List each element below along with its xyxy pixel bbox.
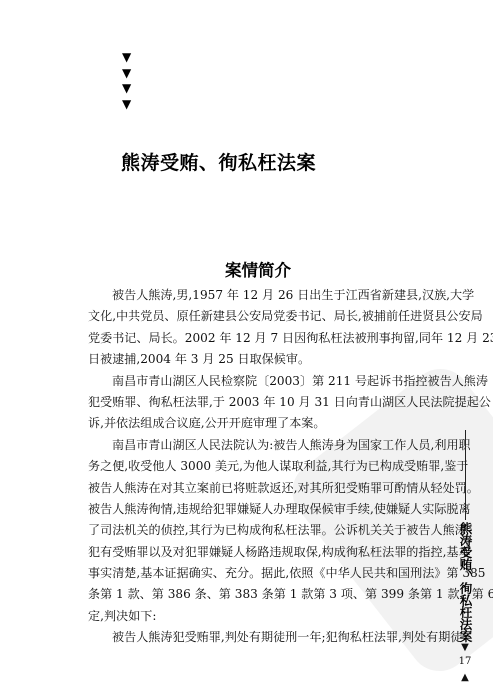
text-line: 了司法机关的侦控,其行为已构成徇私枉法罪。公诉机关关于被告人熊涛: [88, 520, 433, 541]
text-line: 文化,中共党员、原任新建县公安局党委书记、局长,被捕前任进贤县公安局: [88, 306, 433, 327]
running-head-rule: [465, 430, 466, 520]
triangle-down-icon: ▼: [122, 81, 131, 97]
text-line: 定,判决如下:: [88, 606, 433, 627]
triangle-down-icon: ▼: [122, 50, 131, 66]
running-head-title: 熊涛受贿、徇私枉法案: [456, 522, 474, 642]
text-line: 被告人熊涛,男,1957 年 12 月 26 日出生于江西省新建县,汉族,大学: [88, 285, 433, 306]
text-line: 被告人熊涛徇情,违规给犯罪嫌疑人办理取保候审手续,使嫌疑人实际脱离: [88, 499, 433, 520]
text-line: 南昌市青山湖区人民法院认为:被告人熊涛身为国家工作人员,利用职: [88, 435, 433, 456]
running-head: 熊涛受贿、徇私枉法案 ▼ 17 ▲: [458, 430, 472, 685]
section-title: 案情简介: [0, 257, 493, 281]
text-line: 日被逮捕,2004 年 3 月 25 日取保候审。: [88, 349, 433, 370]
text-line: 务之便,收受他人 3000 美元,为他人谋取利益,其行为已构成受贿罪,鉴于: [88, 456, 433, 477]
triangle-down-icon: ▼: [122, 97, 131, 113]
decorative-markers: ▼ ▼ ▼ ▼: [122, 50, 131, 112]
text-line: 条第 1 款、第 386 条、第 383 条第 1 款第 3 项、第 399 条…: [88, 584, 433, 605]
page-number: 17: [459, 656, 472, 668]
text-line: 南昌市青山湖区人民检察院〔2003〕第 211 号起诉书指控被告人熊涛: [88, 371, 433, 392]
chapter-title: 熊涛受贿、徇私枉法案: [121, 148, 316, 175]
text-line: 事实清楚,基本证据确实、充分。据此,依照《中华人民共和国刑法》第 385: [88, 563, 433, 584]
triangle-down-icon: ▼: [461, 642, 469, 653]
text-line: 党委书记、局长。2002 年 12 月 7 日因徇私枉法被刑事拘留,同年 12 …: [88, 328, 433, 349]
body-text: 被告人熊涛,男,1957 年 12 月 26 日出生于江西省新建县,汉族,大学文…: [88, 285, 433, 649]
triangle-down-icon: ▼: [122, 66, 131, 82]
text-line: 犯有受贿罪以及对犯罪嫌疑人杨路违规取保,构成徇私枉法罪的指控,基本: [88, 542, 433, 563]
text-line: 诉,并依法组成合议庭,公开开庭审理了本案。: [88, 413, 433, 434]
text-line: 被告人熊涛在对其立案前已将赃款返还,对其所犯受贿罪可酌情从轻处罚。: [88, 478, 433, 499]
triangle-up-icon: ▲: [461, 671, 469, 685]
text-line: 被告人熊涛犯受贿罪,判处有期徒刑一年;犯徇私枉法罪,判处有期徒: [88, 627, 433, 648]
text-line: 犯受贿罪、徇私枉法罪,于 2003 年 10 月 31 日向青山湖区人民法院提起…: [88, 392, 433, 413]
